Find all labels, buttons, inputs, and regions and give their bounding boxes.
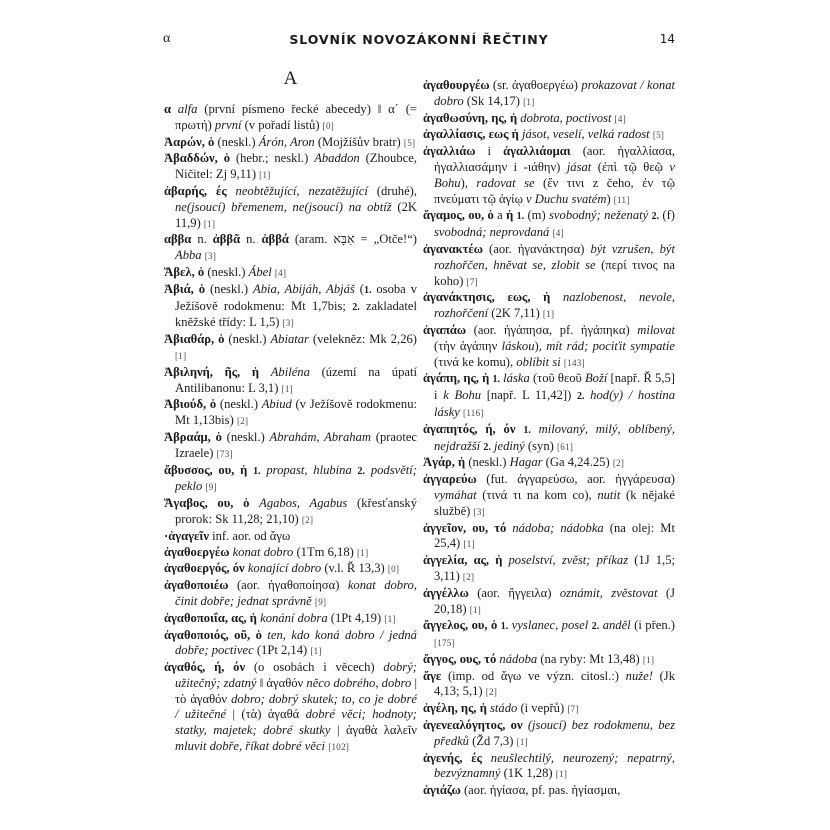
dictionary-entry: ἀγενεαλόγητος, ον (jsoucí) bez rodokmenu… bbox=[423, 718, 675, 751]
dictionary-entry: ἀγενής, ές neušlechtilý, neurozený; nepa… bbox=[423, 751, 675, 784]
section-letter-heading: A bbox=[164, 68, 417, 90]
dictionary-entry: ἀγγέλλω (aor. ἤγγειλα) oznámit, zvěstova… bbox=[423, 586, 675, 619]
left-entries: α alfa (první písmeno řecké abecedy) ‖ α… bbox=[164, 102, 417, 756]
dictionary-entry: ἀγαθοεργέω konat dobro (1Tm 6,18) [1] bbox=[164, 545, 417, 562]
dictionary-entry: Ἀβιά, ὁ (neskl.) Abia, Abijáh, Abjáš (1.… bbox=[164, 282, 417, 332]
right-column: ἀγαθουργέω (sr. ἀγαθοεργέω) prokazovat /… bbox=[423, 78, 675, 799]
dictionary-entry: ἀγαπάω (aor. ἠγάπησα, pf. ἠγάπηκα) milov… bbox=[423, 323, 675, 371]
dictionary-entry: ἄβυσσος, ου, ἡ 1. propast, hlubina 2. po… bbox=[164, 463, 417, 497]
dictionary-entry: Ἅγαβος, ου, ὁ Agabos, Agabus (křesťanský… bbox=[164, 496, 417, 529]
dictionary-entry: ἄγγος, ους, τό nádoba (na ryby: Mt 13,48… bbox=[423, 652, 675, 669]
dictionary-page: α SLOVNÍK NOVOZÁKONNÍ ŘEČTINY 14 A α alf… bbox=[0, 0, 830, 830]
dictionary-entry: ἄγγελος, ου, ὁ 1. vyslanec, posel 2. and… bbox=[423, 618, 675, 652]
dictionary-entry: ἀγανάκτησις, εως, ἡ nazlobenost, nevole,… bbox=[423, 290, 675, 323]
dictionary-entry: Ἀβιληνή, ῆς, ἡ Abiléna (území na úpatí A… bbox=[164, 365, 417, 398]
dictionary-entry: ἀγαθοποιέω (aor. ἠγαθοποίησα) konat dobr… bbox=[164, 578, 417, 611]
dictionary-entry: ἀγγελία, ας, ἡ poselství, zvěst; příkaz … bbox=[423, 553, 675, 586]
dictionary-entry: ἀγαθουργέω (sr. ἀγαθοεργέω) prokazovat /… bbox=[423, 78, 675, 111]
dictionary-entry: ἁγιάζω (aor. ἡγίασα, pf. pas. ἡγίασμαι, bbox=[423, 783, 675, 799]
dictionary-entry: ἀγγεῖον, ου, τό nádoba; nádobka (na olej… bbox=[423, 521, 675, 554]
dictionary-entry: Ἀβαδδών, ὁ (hebr.; neskl.) Abaddon (Zhou… bbox=[164, 151, 417, 184]
dictionary-entry: Ἀβιαθάρ, ὁ (neskl.) Abiatar (velekněz: M… bbox=[164, 332, 417, 365]
dictionary-entry: ἄγε (imp. od ἄγω ve význ. citosl.:) nuže… bbox=[423, 669, 675, 702]
dictionary-entry: ἄγαμος, ου, ὁ a ἡ 1. (m) svobodný; nežen… bbox=[423, 208, 675, 242]
dictionary-entry: ἀγαλλίασις, εως ἡ jásot, veselí, velká r… bbox=[423, 127, 675, 144]
dictionary-entry: Ἁγάρ, ἡ (neskl.) Hagar (Ga 4,24.25) [2] bbox=[423, 455, 675, 472]
dictionary-entry: ἀγγαρεύω (fut. ἀγγαρεύσω, aor. ἠγγάρευσα… bbox=[423, 472, 675, 520]
dictionary-entry: ἀγανακτέω (aor. ἠγανάκτησα) být vzrušen,… bbox=[423, 242, 675, 290]
dictionary-entry: ἀγαλλιάω i ἀγαλλιάομαι (aor. ἠγαλλίασα, … bbox=[423, 144, 675, 208]
dictionary-entry: ἀγαθοποιΐα, ας, ἡ konání dobra (1Pt 4,19… bbox=[164, 611, 417, 628]
dictionary-entry: ἀγέλη, ης, ἡ stádo (i vepřů) [7] bbox=[423, 701, 675, 718]
dictionary-entry: Ἀβιούδ, ὁ (neskl.) Abiud (v Ježíšově rod… bbox=[164, 397, 417, 430]
dictionary-entry: α alfa (první písmeno řecké abecedy) ‖ α… bbox=[164, 102, 417, 135]
dictionary-entry: ἀγαθοεργός, όν konající dobro (v.l. Ř 13… bbox=[164, 561, 417, 578]
dictionary-entry: ἀγαθός, ή, όν (o osobách i věcech) dobrý… bbox=[164, 660, 417, 756]
dictionary-entry: ἀγάπη, ης, ἡ 1. láska (τοῦ θεοῦ Boží [na… bbox=[423, 371, 675, 421]
dictionary-entry: Ἅβελ, ὁ (neskl.) Ábel [4] bbox=[164, 265, 417, 282]
dictionary-entry: Ἀαρών, ὁ (neskl.) Árón, Aron (Mojžíšův b… bbox=[164, 135, 417, 152]
dictionary-entry: αββα n. ἀββᾶ n. ἀββά (aram. אַבָּא = „Ot… bbox=[164, 232, 417, 265]
running-head: α SLOVNÍK NOVOZÁKONNÍ ŘEČTINY 14 bbox=[163, 31, 675, 49]
right-entries: ἀγαθουργέω (sr. ἀγαθοεργέω) prokazovat /… bbox=[423, 78, 675, 799]
running-head-title: SLOVNÍK NOVOZÁKONNÍ ŘEČTINY bbox=[163, 32, 675, 47]
left-column: A α alfa (první písmeno řecké abecedy) ‖… bbox=[164, 68, 417, 756]
dictionary-entry: ἀγαθωσύνη, ης, ἡ dobrota, poctivost [4] bbox=[423, 111, 675, 128]
page-number: 14 bbox=[660, 32, 675, 46]
dictionary-entry: ἀγαθοποιός, οῦ, ὁ ten, kdo koná dobro / … bbox=[164, 628, 417, 661]
dictionary-entry: ἀβαρής, ές neobtěžující, nezatěžující (d… bbox=[164, 184, 417, 232]
dictionary-entry: ἀγαπητός, ή, όν 1. milovaný, milý, oblíb… bbox=[423, 422, 675, 456]
dictionary-entry: ·ἀγαγεῖν inf. aor. od ἄγω bbox=[164, 529, 417, 545]
dictionary-entry: Ἀβραάμ, ὁ (neskl.) Abrahám, Abraham (pra… bbox=[164, 430, 417, 463]
